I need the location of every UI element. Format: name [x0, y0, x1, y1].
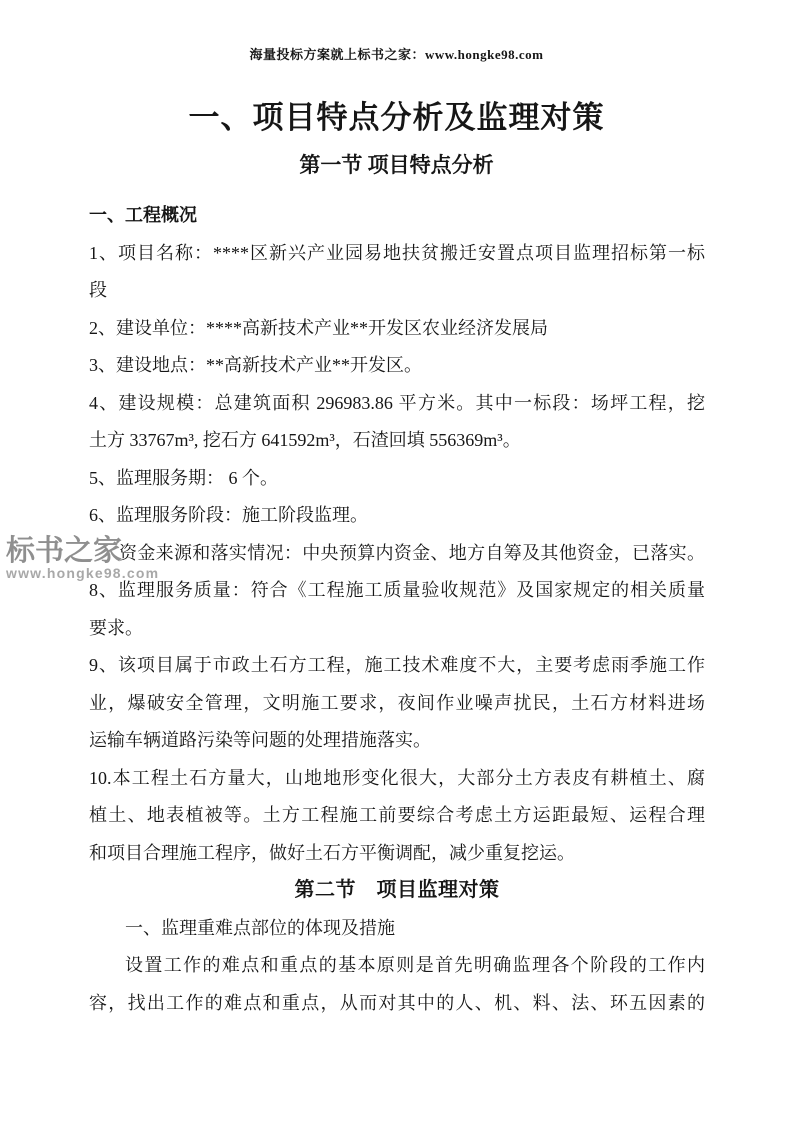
paragraph-line: 1、项目名称：****区新兴产业园易地扶贫搬迁安置点项目监理招标第一标 [89, 235, 705, 273]
paragraph-line: 设置工作的难点和重点的基本原则是首先明确监理各个阶段的工作内 [89, 947, 705, 985]
paragraph-line: 8、监理服务质量：符合《工程施工质量验收规范》及国家规定的相关质量 [89, 572, 705, 610]
paragraph-line: 段 [89, 272, 705, 310]
paragraph: 3、建设地点：**高新技术产业**开发区。 [89, 347, 705, 385]
paragraph: 设置工作的难点和重点的基本原则是首先明确监理各个阶段的工作内 容，找出工作的难点… [89, 947, 705, 1022]
paragraph-line: 4、建设规模：总建筑面积 296983.86 平方米。其中一标段：场坪工程，挖 [89, 385, 705, 423]
section2-heading: 第二节 项目监理对策 [89, 872, 705, 910]
overview-heading: 一、工程概况 [89, 197, 705, 235]
paragraph-line: 土方 33767m³, 挖石方 641592m³，石渣回填 556369m³。 [89, 422, 705, 460]
paragraph: 1、项目名称：****区新兴产业园易地扶贫搬迁安置点项目监理招标第一标 段 [89, 235, 705, 310]
paragraph-line: 2、建设单位：****高新技术产业**开发区农业经济发展局 [89, 310, 705, 348]
paragraph-line: 9、该项目属于市政土石方工程，施工技术难度不大，主要考虑雨季施工作 [89, 647, 705, 685]
paragraph: 5、监理服务期： 6 个。 [89, 460, 705, 498]
paragraph: 10.本工程土石方量大，山地地形变化很大，大部分土方表皮有耕植土、腐 植土、地表… [89, 760, 705, 873]
page-header-note: 海量投标方案就上标书之家：www.hongke98.com [0, 44, 793, 63]
paragraph-line: 要求。 [89, 610, 705, 648]
paragraph-line: 和项目合理施工程序，做好土石方平衡调配，减少重复挖运。 [89, 835, 705, 873]
paragraph-line: 6、监理服务阶段：施工阶段监理。 [89, 497, 705, 535]
paragraph: 9、该项目属于市政土石方工程，施工技术难度不大，主要考虑雨季施工作 业，爆破安全… [89, 647, 705, 760]
paragraph-line: 10.本工程土石方量大，山地地形变化很大，大部分土方表皮有耕植土、腐 [89, 760, 705, 798]
paragraph-line: 容，找出工作的难点和重点，从而对其中的人、机、料、法、环五因素的 [89, 985, 705, 1023]
paragraph: 资金来源和落实情况：中央预算内资金、地方自筹及其他资金，已落实。 [89, 535, 705, 573]
paragraph-line: 业，爆破安全管理，文明施工要求，夜间作业噪声扰民，土石方材料进场 [89, 685, 705, 723]
document-body: 一、工程概况 1、项目名称：****区新兴产业园易地扶贫搬迁安置点项目监理招标第… [89, 197, 705, 1022]
paragraph: 2、建设单位：****高新技术产业**开发区农业经济发展局 [89, 310, 705, 348]
paragraph-line: 3、建设地点：**高新技术产业**开发区。 [89, 347, 705, 385]
doc-title: 一、项目特点分析及监理对策 [0, 92, 793, 137]
section1-heading: 第一节 项目特点分析 [0, 149, 793, 179]
paragraph-line: 运输车辆道路污染等问题的处理措施落实。 [89, 722, 705, 760]
paragraph-line: 5、监理服务期： 6 个。 [89, 460, 705, 498]
paragraph: 6、监理服务阶段：施工阶段监理。 [89, 497, 705, 535]
paragraph: 8、监理服务质量：符合《工程施工质量验收规范》及国家规定的相关质量 要求。 [89, 572, 705, 647]
document-page: 海量投标方案就上标书之家：www.hongke98.com 一、项目特点分析及监… [0, 0, 793, 1122]
section2-subheading: 一、监理重难点部位的体现及措施 [89, 910, 705, 948]
paragraph: 4、建设规模：总建筑面积 296983.86 平方米。其中一标段：场坪工程，挖 … [89, 385, 705, 460]
paragraph-line: 植土、地表植被等。土方工程施工前要综合考虑土方运距最短、运程合理 [89, 797, 705, 835]
paragraph-line: 资金来源和落实情况：中央预算内资金、地方自筹及其他资金，已落实。 [89, 535, 705, 573]
